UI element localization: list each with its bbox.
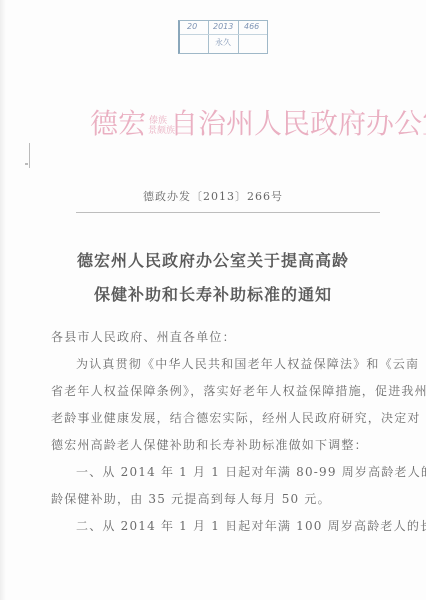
body-paragraph-line: 德宏州高龄老人保健补助和长寿补助标准做如下调整： (51, 436, 368, 453)
binding-mark (29, 143, 30, 168)
body-item-line: 一、从 2014 年 1 月 1 日起对年满 80-99 周岁高龄老人的高 (76, 463, 426, 480)
salutation: 各县市人民政府、州直各单位： (51, 328, 236, 345)
document-number: 德政办发〔2013〕266号 (0, 188, 426, 204)
stamp-year: 2013 (213, 22, 233, 31)
letterhead-ethnic-names: 傣族景颇族 (148, 116, 168, 136)
body-item-line: 二、从 2014 年 1 月 1 日起对年满 100 周岁高龄老人的长寿 (76, 517, 426, 534)
stamp-retention-period: 永久 (215, 37, 231, 48)
stamp-divider (208, 21, 209, 53)
binding-dot (25, 163, 28, 165)
document-title-line-1: 德宏州人民政府办公室关于提高高龄 (0, 248, 426, 271)
stamp-item-number: 466 (244, 22, 259, 31)
letterhead-suffix: 自治州人民政府办公室文件 (170, 107, 426, 140)
red-letterhead: 德宏傣族景颇族自治州人民政府办公室文件 (90, 104, 400, 144)
stamp-fonds-number: 20 (187, 22, 197, 31)
body-paragraph-line: 为认真贯彻《中华人民共和国老年人权益保障法》和《云南 (76, 355, 419, 372)
page-number: 1 (228, 522, 232, 530)
stamp-divider (180, 34, 267, 35)
document-title-line-2: 保健补助和长寿补助标准的通知 (0, 282, 426, 305)
document-page: 20 2013 466 永久 德宏傣族景颇族自治州人民政府办公室文件 德政办发〔… (0, 0, 426, 600)
body-paragraph-line: 老龄事业健康发展，结合德宏实际，经州人民政府研究，决定对 (51, 409, 421, 426)
body-item-line: 龄保健补助，由 35 元提高到每人每月 50 元。 (51, 490, 331, 507)
body-paragraph-line: 省老年人权益保障条例》，落实好老年人权益保障措施，促进我州 (51, 382, 426, 399)
stamp-divider (238, 21, 239, 53)
letterhead-ethnic-top: 傣族 (149, 116, 167, 126)
archive-stamp: 20 2013 466 永久 (178, 20, 268, 54)
header-divider (76, 212, 380, 213)
letterhead-prefix: 德宏 (90, 107, 146, 140)
